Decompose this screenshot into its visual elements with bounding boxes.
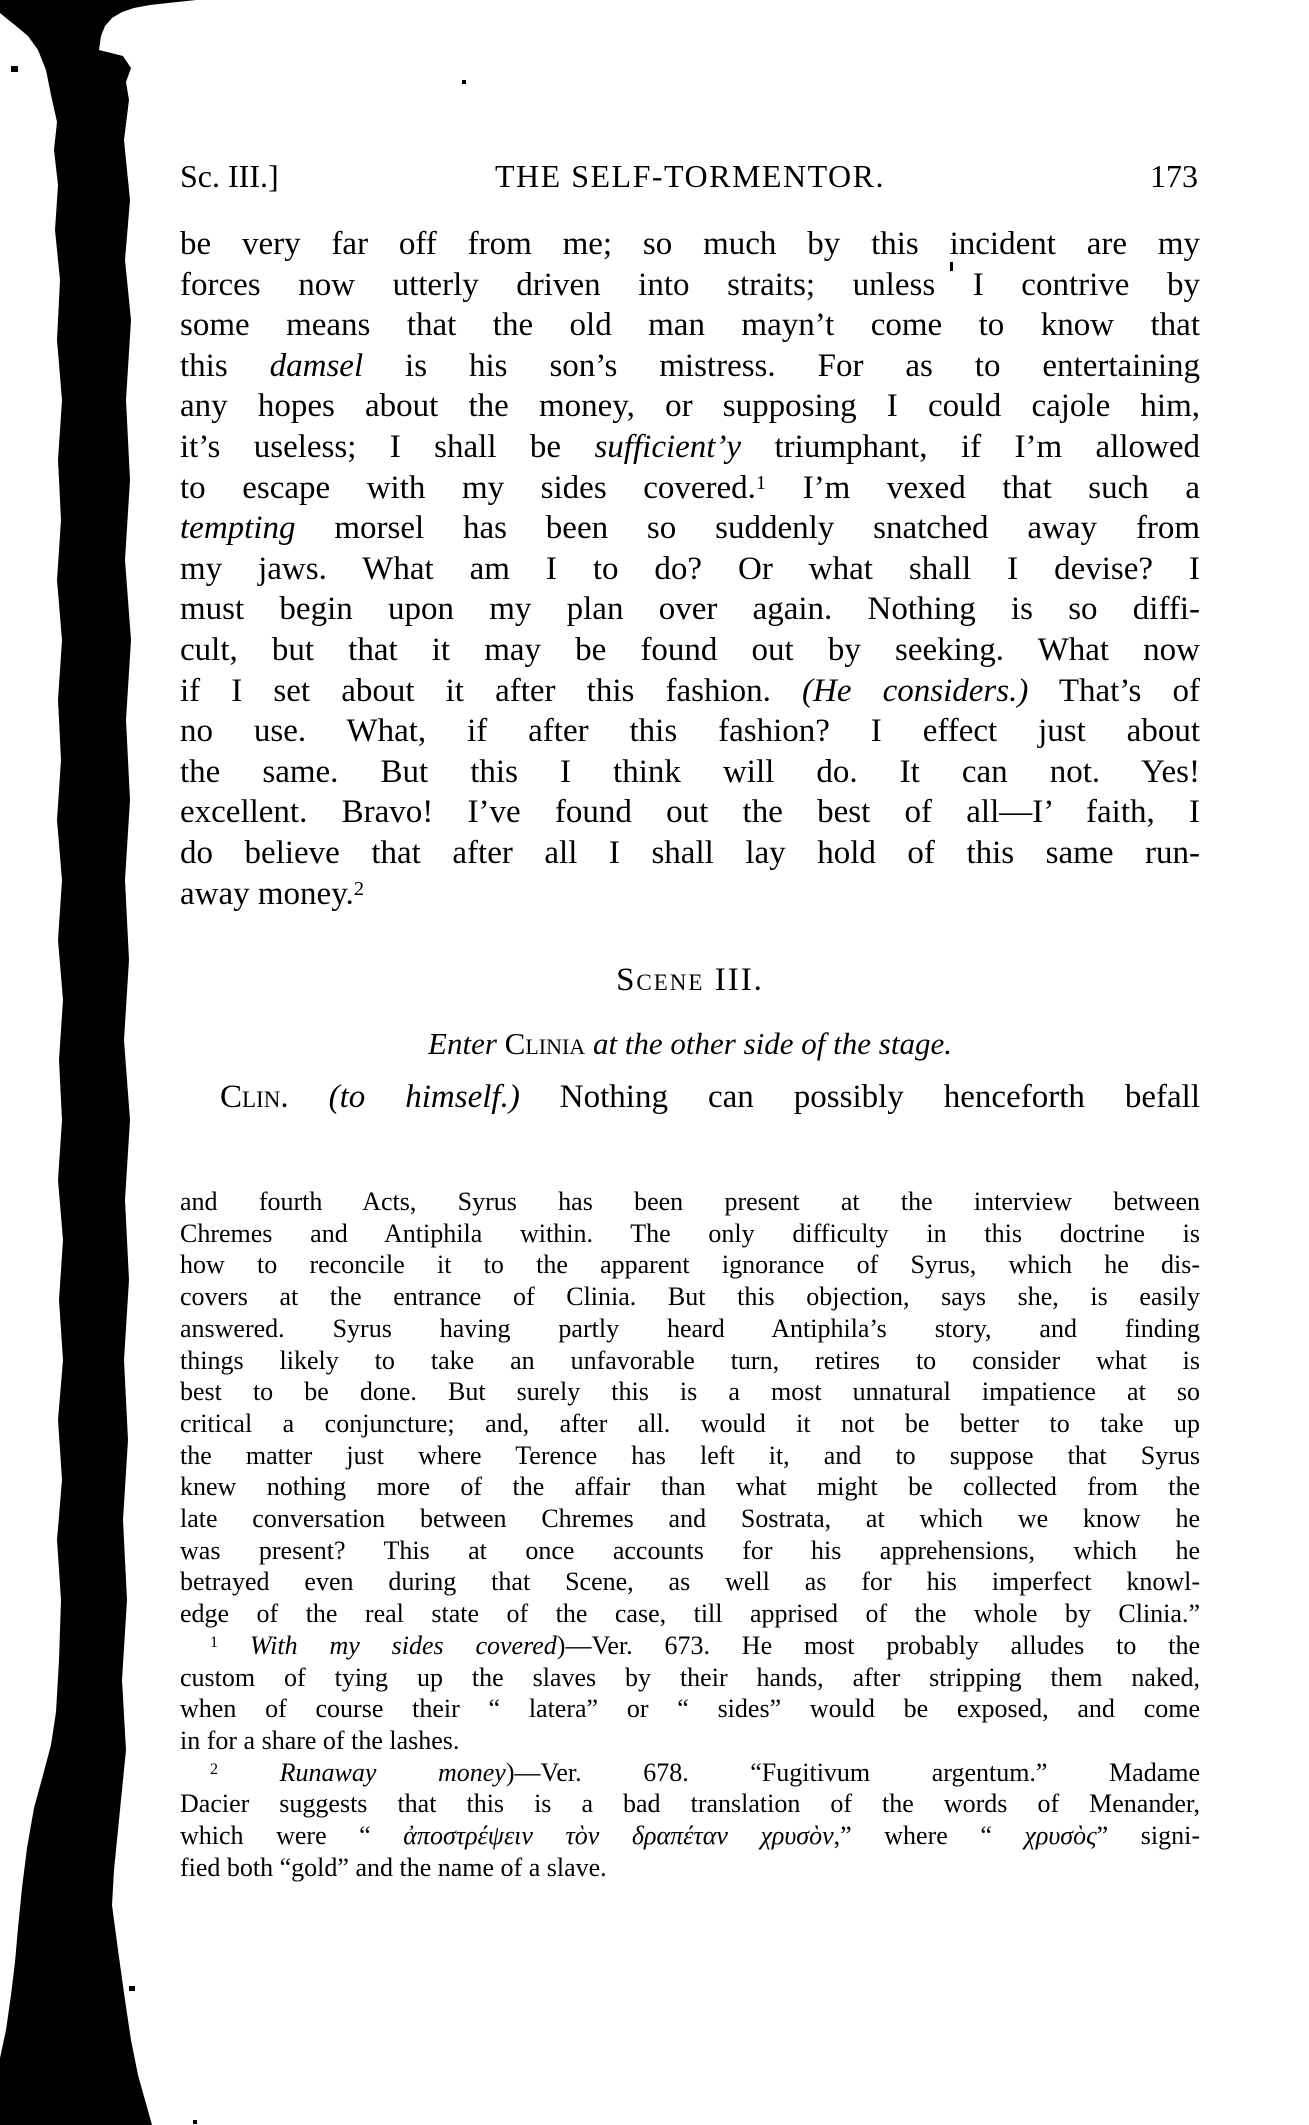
text-line: covers at the entrance of Clinia. But th… [180, 1281, 1200, 1313]
text-line: this damsel is his son’s mistress. For a… [180, 346, 1200, 387]
main-text-block: be very far off from me; so much by this… [180, 224, 1200, 914]
text-line: my jaws. What am I to do? Or what shall … [180, 549, 1200, 590]
text-line: knew nothing more of the affair than wha… [180, 1471, 1200, 1503]
text-line: Dacier suggests that this is a bad trans… [180, 1788, 1200, 1820]
text-line: excellent. Bravo! I’ve found out the bes… [180, 792, 1200, 833]
text-line: tempting morsel has been so suddenly sna… [180, 508, 1200, 549]
text-line: things likely to take an unfavorable tur… [180, 1345, 1200, 1377]
speech-line: Clin. (to himself.) Nothing can possibly… [180, 1079, 1200, 1116]
text-line: any hopes about the money, or supposing … [180, 386, 1200, 427]
text-line: Chremes and Antiphila within. The only d… [180, 1218, 1200, 1250]
text-line: away money.2 [180, 874, 1200, 915]
text-line: if I set about it after this fashion. (H… [180, 671, 1200, 712]
page-header: Sc. III.] THE SELF-TORMENTOR. 173 [180, 158, 1200, 200]
text-line: was present? This at once accounts for h… [180, 1535, 1200, 1567]
text-line: be very far off from me; so much by this… [180, 224, 1200, 265]
stage-direction: Enter Clinia at the other side of the st… [180, 1026, 1200, 1062]
running-title: THE SELF-TORMENTOR. [180, 158, 1200, 195]
text-line: fied both “gold” and the name of a slave… [180, 1852, 1200, 1884]
scene-heading: Scene III. [180, 962, 1200, 999]
text-line: critical a conjuncture; and, after all. … [180, 1408, 1200, 1440]
text-line: it’s useless; I shall be sufficient’y tr… [180, 427, 1200, 468]
text-line: Enter Clinia at the other side of the st… [180, 1026, 1200, 1062]
text-line: when of course their “ latera” or “ side… [180, 1693, 1200, 1725]
text-line: forces now utterly driven into straits; … [180, 265, 1200, 306]
text-line: which were “ ἀποστρέψειν τὸν δραπέταν χρ… [180, 1820, 1200, 1852]
text-line: the same. But this I think will do. It c… [180, 752, 1200, 793]
text-line: answered. Syrus having partly heard Anti… [180, 1313, 1200, 1345]
text-line: betrayed even during that Scene, as well… [180, 1566, 1200, 1598]
text-line: 1 With my sides covered)—Ver. 673. He mo… [180, 1630, 1200, 1662]
text-line: do believe that after all I shall lay ho… [180, 833, 1200, 874]
page-number: 173 [1150, 158, 1198, 195]
book-page-scan: Sc. III.] THE SELF-TORMENTOR. 173 be ver… [0, 0, 1309, 2125]
text-line: to escape with my sides covered.1 I’m ve… [180, 468, 1200, 509]
text-line: 2 Runaway money)—Ver. 678. “Fugitivum ar… [180, 1757, 1200, 1789]
text-line: no use. What, if after this fashion? I e… [180, 711, 1200, 752]
text-line: edge of the real state of the case, till… [180, 1598, 1200, 1630]
text-line: how to reconcile it to the apparent igno… [180, 1249, 1200, 1281]
text-line: late conversation between Chremes and So… [180, 1503, 1200, 1535]
text-line: and fourth Acts, Syrus has been present … [180, 1186, 1200, 1218]
text-line: some means that the old man mayn’t come … [180, 305, 1200, 346]
text-line: custom of tying up the slaves by their h… [180, 1662, 1200, 1694]
text-line: must begin upon my plan over again. Noth… [180, 589, 1200, 630]
text-line: best to be done. But surely this is a mo… [180, 1376, 1200, 1408]
text-line: cult, but that it may be found out by se… [180, 630, 1200, 671]
text-line: in for a share of the lashes. [180, 1725, 1200, 1757]
text-line: the matter just where Terence has left i… [180, 1440, 1200, 1472]
text-line: Clin. (to himself.) Nothing can possibly… [180, 1079, 1200, 1116]
footnotes-block: and fourth Acts, Syrus has been present … [180, 1186, 1200, 1883]
